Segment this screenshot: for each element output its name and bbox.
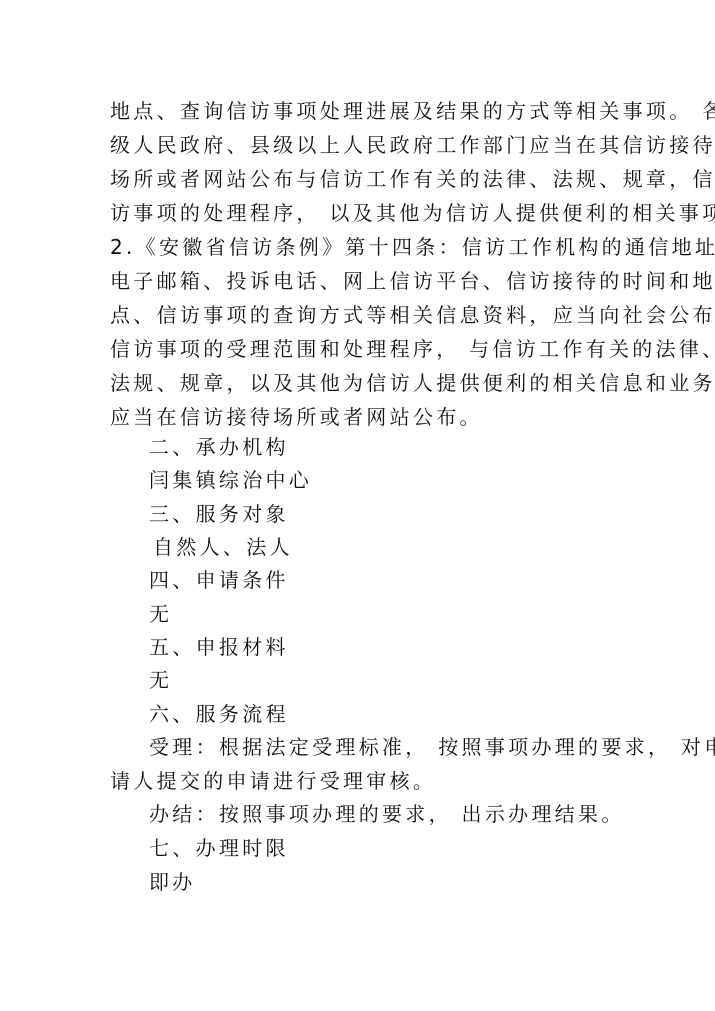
section-body: 受理：根据法定受理标准， 按照事项办理的要求， 对申 — [149, 735, 715, 759]
document-page: 地点、查询信访事项处理进展及结果的方式等相关事项。 各 级人民政府、县级以上人民… — [0, 0, 715, 1011]
section-heading: 三、服务对象 — [149, 502, 289, 526]
section-body: 即办 — [149, 870, 196, 894]
text-line: 地点、查询信访事项处理进展及结果的方式等相关事项。 各 — [110, 99, 715, 123]
section-heading: 六、服务流程 — [149, 702, 289, 726]
section-body: 自然人、法人 — [153, 535, 293, 559]
section-body: 办结：按照事项办理的要求， 出示办理结果。 — [149, 802, 625, 826]
section-heading: 二、承办机构 — [149, 435, 289, 459]
text-line: 点、信访事项的查询方式等相关信息资料，应当向社会公布。 — [110, 303, 715, 327]
section-body: 闫集镇综治中心 — [149, 468, 312, 492]
text-line: 应当在信访接待场所或者网站公布。 — [110, 405, 483, 429]
text-line: 2.《安徽省信访条例》第十四条：信访工作机构的通信地址、 — [110, 235, 715, 259]
text-line: 场所或者网站公布与信访工作有关的法律、法规、规章，信 — [110, 167, 715, 191]
section-heading: 五、申报材料 — [149, 635, 289, 659]
section-heading: 四、申请条件 — [149, 568, 289, 592]
text-line: 级人民政府、县级以上人民政府工作部门应当在其信访接待 — [110, 133, 715, 157]
section-heading: 七、办理时限 — [149, 836, 289, 860]
text-line: 访事项的处理程序， 以及其他为信访人提供便利的相关事项。 — [110, 201, 715, 225]
text-line: 电子邮箱、投诉电话、网上信访平台、信访接待的时间和地 — [110, 269, 715, 293]
section-body: 无 — [149, 668, 172, 692]
text-line: 信访事项的受理范围和处理程序， 与信访工作有关的法律、 — [110, 337, 715, 361]
text-line: 法规、规章，以及其他为信访人提供便利的相关信息和业务， — [110, 371, 715, 395]
section-body: 无 — [149, 602, 172, 626]
section-body: 请人提交的申请进行受理审核。 — [110, 769, 436, 793]
